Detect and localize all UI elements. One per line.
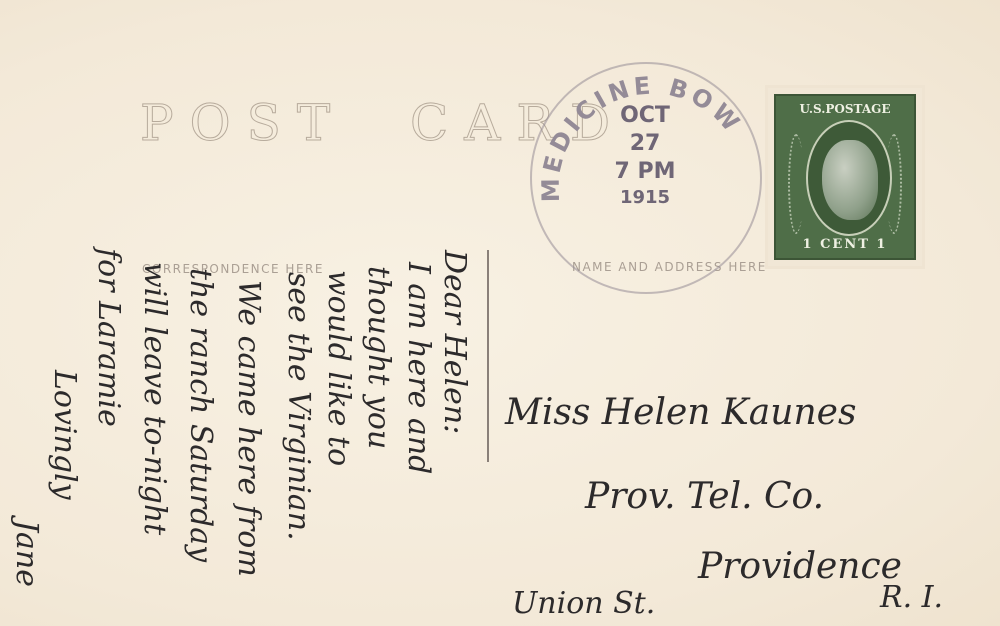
message-line: thought you: [361, 266, 396, 449]
address-street: Union St.: [512, 586, 655, 621]
message-line: would like to: [321, 270, 356, 466]
address-company: Prov. Tel. Co.: [585, 476, 824, 517]
divider-line: [487, 250, 489, 462]
washington-portrait-icon: [822, 140, 878, 220]
postmark-month: OCT: [595, 105, 695, 127]
message-line: Dear Helen:: [437, 250, 472, 434]
message-line: Jane: [9, 520, 44, 587]
message-line: the ranch Saturday: [183, 268, 218, 562]
portrait-oval: [806, 120, 892, 236]
postage-stamp: U.S.POSTAGE 1 CENT 1: [768, 88, 922, 266]
address-name: Miss Helen Kaunes: [505, 392, 856, 433]
message-line: will leave to-night: [137, 262, 172, 535]
stamp-top-text: U.S.POSTAGE: [776, 102, 914, 116]
stamp-value-text: 1 CENT 1: [776, 237, 914, 252]
message-line: I am here and: [401, 262, 436, 474]
postcard-back: POST CARD CORRESPONDENCE HERE NAME AND A…: [0, 0, 1000, 626]
laurel-icon: [788, 134, 804, 234]
message-line: see the Virginian.: [281, 272, 316, 541]
message-line: Lovingly: [47, 370, 82, 500]
address-city: Providence: [698, 546, 902, 587]
postmark-year: 1915: [595, 189, 695, 207]
message-line: for Laramie: [91, 248, 126, 427]
address-state: R. I.: [880, 580, 943, 615]
message-line: We came here from: [231, 280, 266, 577]
postmark-time: 7 PM: [595, 161, 695, 183]
postmark-day: 27: [595, 133, 695, 155]
postmark-date: OCT 27 7 PM 1915: [595, 105, 695, 213]
